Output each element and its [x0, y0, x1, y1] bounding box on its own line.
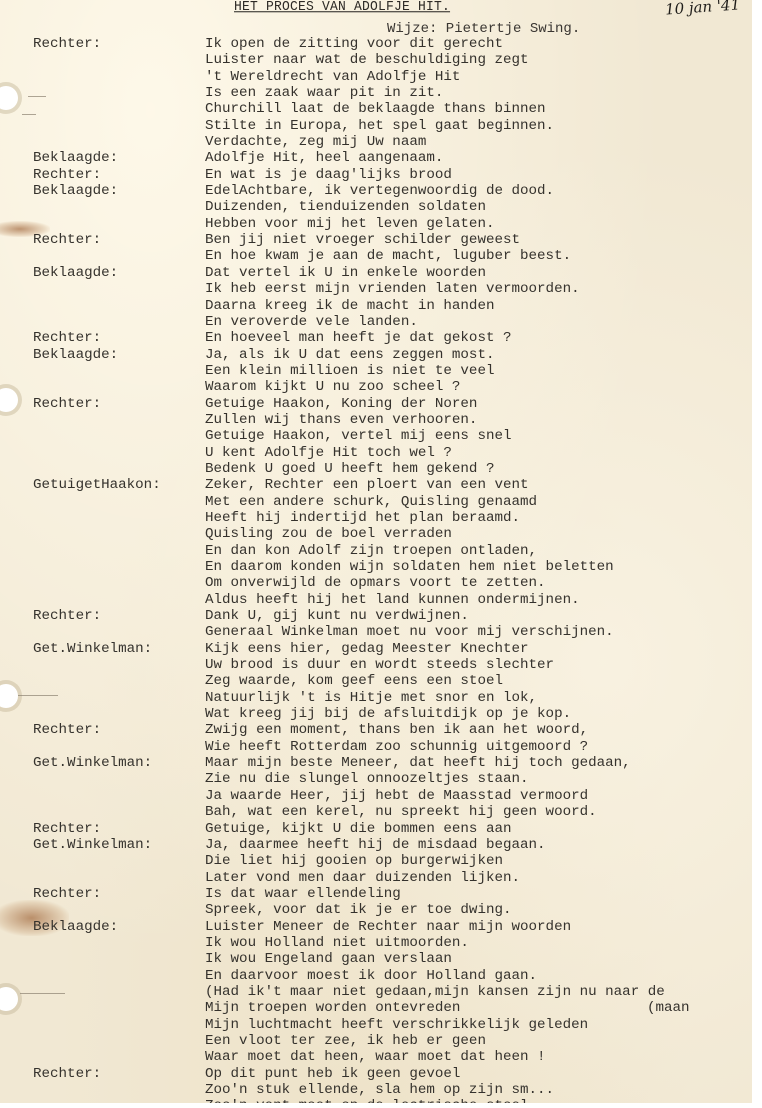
line-text: Een vloot ter zee, ik heb er geen: [205, 1033, 486, 1049]
dialogue-line: Churchill laat de beklaagde thans binnen: [0, 101, 752, 117]
line-text: En dan kon Adolf zijn troepen ontladen,: [205, 543, 537, 559]
dialogue-line: GetuigetHaakon:Zeker, Rechter een ploert…: [0, 477, 752, 493]
line-text: Om onverwijld de opmars voort te zetten.: [205, 575, 546, 591]
line-text: Zullen wij thans even verhooren.: [205, 412, 477, 428]
dialogue-line: Mijn troepen worden ontevreden(maan: [0, 1000, 752, 1016]
dialogue-line: Zie nu die slungel onnoozeltjes staan.: [0, 771, 752, 787]
speaker-label: Rechter:: [33, 608, 101, 624]
line-text: Dank U, gij kunt nu verdwijnen.: [205, 608, 469, 624]
dialogue-line: Rechter:Op dit punt heb ik geen gevoel: [0, 1066, 752, 1082]
document-title: HET PROCES VAN ADOLFJE HIT.: [234, 0, 450, 14]
dialogue-line: Stilte in Europa, het spel gaat beginnen…: [0, 118, 752, 134]
dialogue-line: Verdachte, zeg mij Uw naam: [0, 134, 752, 150]
line-text: Die liet hij gooien op burgerwijken: [205, 853, 503, 869]
line-text: Ik heb eerst mijn vrienden laten vermoor…: [205, 281, 580, 297]
dialogue-line: Waar moet dat heen, waar moet dat heen !: [0, 1049, 752, 1065]
speaker-label: Rechter:: [33, 167, 101, 183]
dialogue-line: Bedenk U goed U heeft hem gekend ?: [0, 461, 752, 477]
dialogue-line: Beklaagde:Dat vertel ik U in enkele woor…: [0, 265, 752, 281]
dialogue-line: Rechter:En hoeveel man heeft je dat geko…: [0, 330, 752, 346]
dialogue-line: Beklaagde:Adolfje Hit, heel aangenaam.: [0, 150, 752, 166]
dialogue-line: Om onverwijld de opmars voort te zetten.: [0, 575, 752, 591]
line-continuation: (maan: [647, 1000, 690, 1016]
line-text: Getuige Haakon, Koning der Noren: [205, 396, 477, 412]
dialogue-line: Daarna kreeg ik de macht in handen: [0, 298, 752, 314]
dialogue-line: Bah, wat een kerel, nu spreekt hij geen …: [0, 804, 752, 820]
dialogue-line: Waarom kijkt U nu zoo scheel ?: [0, 379, 752, 395]
speaker-label: Rechter:: [33, 1066, 101, 1082]
dialogue-line: Generaal Winkelman moet nu voor mij vers…: [0, 624, 752, 640]
line-text: En veroverde vele landen.: [205, 314, 418, 330]
dialogue-line: Get.Winkelman:Maar mijn beste Meneer, da…: [0, 755, 752, 771]
line-text: Waarom kijkt U nu zoo scheel ?: [205, 379, 460, 395]
dialogue-line: Zullen wij thans even verhooren.: [0, 412, 752, 428]
line-text: Op dit punt heb ik geen gevoel: [205, 1066, 460, 1082]
line-text: (Had ik't maar niet gedaan,mijn kansen z…: [205, 984, 665, 1000]
dialogue-line: Rechter:Dank U, gij kunt nu verdwijnen.: [0, 608, 752, 624]
line-text: Daarna kreeg ik de macht in handen: [205, 298, 494, 314]
dialogue-line: Beklaagde:Luister Meneer de Rechter naar…: [0, 919, 752, 935]
dialogue-line: Getuige Haakon, vertel mij eens snel: [0, 428, 752, 444]
line-text: Spreek, voor dat ik je er toe dwing.: [205, 902, 512, 918]
dialogue-line: En daarvoor moest ik door Holland gaan.: [0, 968, 752, 984]
dialogue-line: Ja waarde Heer, jij hebt de Maasstad ver…: [0, 788, 752, 804]
line-text: En hoeveel man heeft je dat gekost ?: [205, 330, 512, 346]
line-text: Ben jij niet vroeger schilder geweest: [205, 232, 520, 248]
line-text: Wie heeft Rotterdam zoo schunnig uitgemo…: [205, 739, 588, 755]
line-text: Ja waarde Heer, jij hebt de Maasstad ver…: [205, 788, 588, 804]
line-text: Zeg waarde, kom geef eens een stoel: [205, 673, 503, 689]
dialogue-line: Beklaagde:Ja, als ik U dat eens zeggen m…: [0, 347, 752, 363]
dialogue-line: En veroverde vele landen.: [0, 314, 752, 330]
speaker-label: Rechter:: [33, 330, 101, 346]
line-text: Quisling zou de boel verraden: [205, 526, 452, 542]
line-text: Ik wou Engeland gaan verslaan: [205, 951, 452, 967]
line-text: Aldus heeft hij het land kunnen ondermij…: [205, 592, 580, 608]
line-text: Kijk eens hier, gedag Meester Knechter: [205, 641, 529, 657]
dialogue-line: Zoo'n stuk ellende, sla hem op zijn sm..…: [0, 1082, 752, 1098]
line-text: Maar mijn beste Meneer, dat heeft hij to…: [205, 755, 631, 771]
dialogue-line: Een vloot ter zee, ik heb er geen: [0, 1033, 752, 1049]
dialogue-line: Met een andere schurk, Quisling genaamd: [0, 494, 752, 510]
dialogue-line: En daarom konden wijn soldaten hem niet …: [0, 559, 752, 575]
speaker-label: Rechter:: [33, 36, 101, 52]
speaker-label: Beklaagde:: [33, 347, 118, 363]
line-text: Wat kreeg jij bij de afsluitdijk op je k…: [205, 706, 571, 722]
line-text: En daarom konden wijn soldaten hem niet …: [205, 559, 614, 575]
dialogue-line: Rechter:En wat is je daag'lijks brood: [0, 167, 752, 183]
speaker-label: Get.Winkelman:: [33, 641, 152, 657]
dialogue-line: Aldus heeft hij het land kunnen ondermij…: [0, 592, 752, 608]
line-text: Verdachte, zeg mij Uw naam: [205, 134, 426, 150]
dialogue-line: Rechter:Ben jij niet vroeger schilder ge…: [0, 232, 752, 248]
line-text: Adolfje Hit, heel aangenaam.: [205, 150, 443, 166]
speaker-label: Get.Winkelman:: [33, 755, 152, 771]
speaker-label: Beklaagde:: [33, 265, 118, 281]
line-text: Is dat waar ellendeling: [205, 886, 401, 902]
line-text: Later vond men daar duizenden lijken.: [205, 870, 520, 886]
tune-line: Wijze: Pietertje Swing.: [387, 21, 580, 37]
dialogue-line: En dan kon Adolf zijn troepen ontladen,: [0, 543, 752, 559]
speaker-label: Beklaagde:: [33, 183, 118, 199]
line-text: Luister naar wat de beschuldiging zegt: [205, 52, 529, 68]
line-text: Ik open de zitting voor dit gerecht: [205, 36, 503, 52]
dialogue-line: Rechter:Is dat waar ellendeling: [0, 886, 752, 902]
dialogue-line: Rechter:Ik open de zitting voor dit gere…: [0, 36, 752, 52]
line-text: Generaal Winkelman moet nu voor mij vers…: [205, 624, 614, 640]
line-text: Bedenk U goed U heeft hem gekend ?: [205, 461, 494, 477]
dialogue-line: Ik wou Holland niet uitmoorden.: [0, 935, 752, 951]
line-text: Uw brood is duur en wordt steeds slechte…: [205, 657, 554, 673]
line-text: Zeker, Rechter een ploert van een vent: [205, 477, 529, 493]
page-margin-bottom: [0, 1103, 762, 1108]
dialogue-line: Wat kreeg jij bij de afsluitdijk op je k…: [0, 706, 752, 722]
line-text: Is een zaak waar pit in zit.: [205, 85, 443, 101]
speaker-label: Rechter:: [33, 232, 101, 248]
line-text: Ik wou Holland niet uitmoorden.: [205, 935, 469, 951]
line-text: Churchill laat de beklaagde thans binnen: [205, 101, 546, 117]
line-text: Zoo'n stuk ellende, sla hem op zijn sm..…: [205, 1082, 554, 1098]
line-text: Waar moet dat heen, waar moet dat heen !: [205, 1049, 546, 1065]
dialogue-line: Een klein millioen is niet te veel: [0, 363, 752, 379]
dialogue-line: Duizenden, tienduizenden soldaten: [0, 199, 752, 215]
line-text: Natuurlijk 't is Hitje met snor en lok,: [205, 690, 537, 706]
line-text: Getuige Haakon, vertel mij eens snel: [205, 428, 512, 444]
line-text: U kent Adolfje Hit toch wel ?: [205, 445, 452, 461]
line-text: Ja, daarmee heeft hij de misdaad begaan.: [205, 837, 546, 853]
dialogue-line: Rechter:Getuige, kijkt U die bommen eens…: [0, 821, 752, 837]
line-text: Heeft hij indertijd het plan beraamd.: [205, 510, 520, 526]
dialogue-line: Get.Winkelman:Kijk eens hier, gedag Mees…: [0, 641, 752, 657]
dialogue-line: Wie heeft Rotterdam zoo schunnig uitgemo…: [0, 739, 752, 755]
speaker-label: Rechter:: [33, 396, 101, 412]
speaker-label: Rechter:: [33, 722, 101, 738]
dialogue-line: U kent Adolfje Hit toch wel ?: [0, 445, 752, 461]
line-text: En daarvoor moest ik door Holland gaan.: [205, 968, 537, 984]
speaker-label: Get.Winkelman:: [33, 837, 152, 853]
speaker-label: Beklaagde:: [33, 150, 118, 166]
speaker-label: GetuigetHaakon:: [33, 477, 161, 493]
dialogue-line: 't Wereldrecht van Adolfje Hit: [0, 69, 752, 85]
line-text: Ja, als ik U dat eens zeggen most.: [205, 347, 494, 363]
line-text: Dat vertel ik U in enkele woorden: [205, 265, 486, 281]
dialogue-line: Ik wou Engeland gaan verslaan: [0, 951, 752, 967]
dialogue-lines: Rechter:Ik open de zitting voor dit gere…: [0, 36, 752, 1108]
speaker-label: Rechter:: [33, 886, 101, 902]
line-text: Hebben voor mij het leven gelaten.: [205, 216, 494, 232]
line-text: 't Wereldrecht van Adolfje Hit: [205, 69, 460, 85]
line-text: Zie nu die slungel onnoozeltjes staan.: [205, 771, 529, 787]
line-text: Duizenden, tienduizenden soldaten: [205, 199, 486, 215]
dialogue-line: Later vond men daar duizenden lijken.: [0, 870, 752, 886]
typewritten-page: HET PROCES VAN ADOLFJE HIT. 10 jan '41 W…: [0, 0, 753, 1104]
line-text: Mijn luchtmacht heeft verschrikkelijk ge…: [205, 1017, 588, 1033]
dialogue-line: Ik heb eerst mijn vrienden laten vermoor…: [0, 281, 752, 297]
line-text: Met een andere schurk, Quisling genaamd: [205, 494, 537, 510]
dialogue-line: Mijn luchtmacht heeft verschrikkelijk ge…: [0, 1017, 752, 1033]
dialogue-line: Beklaagde:EdelAchtbare, ik vertegenwoord…: [0, 183, 752, 199]
speaker-label: Rechter:: [33, 821, 101, 837]
line-text: Een klein millioen is niet te veel: [205, 363, 494, 379]
line-text: EdelAchtbare, ik vertegenwoordig de dood…: [205, 183, 554, 199]
line-text: Mijn troepen worden ontevreden: [205, 1000, 460, 1016]
dialogue-line: (Had ik't maar niet gedaan,mijn kansen z…: [0, 984, 752, 1000]
dialogue-line: En hoe kwam je aan de macht, luguber bee…: [0, 248, 752, 264]
dialogue-line: Spreek, voor dat ik je er toe dwing.: [0, 902, 752, 918]
line-text: Zwijg een moment, thans ben ik aan het w…: [205, 722, 588, 738]
handwritten-date: 10 jan '41: [664, 0, 740, 19]
dialogue-line: Rechter:Getuige Haakon, Koning der Noren: [0, 396, 752, 412]
line-text: Stilte in Europa, het spel gaat beginnen…: [205, 118, 554, 134]
dialogue-line: Rechter:Zwijg een moment, thans ben ik a…: [0, 722, 752, 738]
line-text: En hoe kwam je aan de macht, luguber bee…: [205, 248, 571, 264]
dialogue-line: Quisling zou de boel verraden: [0, 526, 752, 542]
dialogue-line: Natuurlijk 't is Hitje met snor en lok,: [0, 690, 752, 706]
line-text: En wat is je daag'lijks brood: [205, 167, 452, 183]
speaker-label: Beklaagde:: [33, 919, 118, 935]
page-margin-right: [752, 0, 762, 1108]
dialogue-line: Luister naar wat de beschuldiging zegt: [0, 52, 752, 68]
dialogue-line: Uw brood is duur en wordt steeds slechte…: [0, 657, 752, 673]
dialogue-line: Is een zaak waar pit in zit.: [0, 85, 752, 101]
line-text: Luister Meneer de Rechter naar mijn woor…: [205, 919, 571, 935]
dialogue-line: Get.Winkelman:Ja, daarmee heeft hij de m…: [0, 837, 752, 853]
line-text: Bah, wat een kerel, nu spreekt hij geen …: [205, 804, 597, 820]
line-text: Getuige, kijkt U die bommen eens aan: [205, 821, 512, 837]
dialogue-line: Heeft hij indertijd het plan beraamd.: [0, 510, 752, 526]
dialogue-line: Zeg waarde, kom geef eens een stoel: [0, 673, 752, 689]
dialogue-line: Die liet hij gooien op burgerwijken: [0, 853, 752, 869]
dialogue-line: Hebben voor mij het leven gelaten.: [0, 216, 752, 232]
